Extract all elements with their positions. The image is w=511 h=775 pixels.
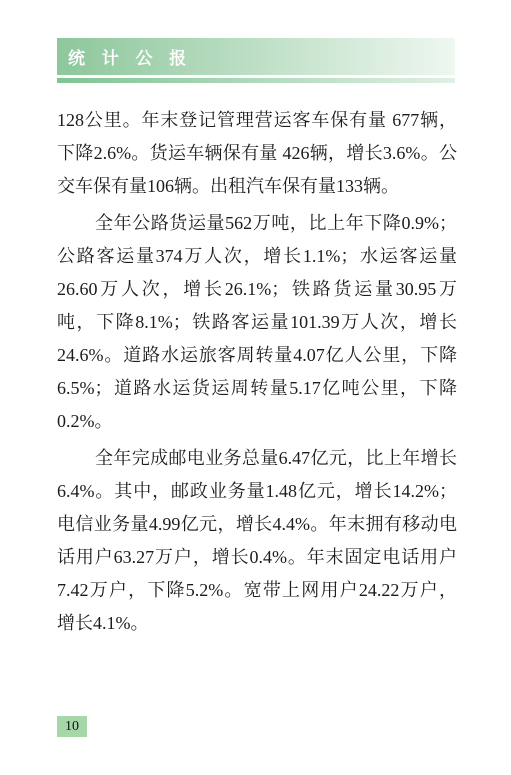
text-line: 话用户63.27万户，增长0.4%。年末固定电话用户 — [57, 541, 457, 574]
paragraph: 全年完成邮电业务总量6.47亿元，比上年增长6.4%。其中，邮政业务量1.48亿… — [57, 442, 457, 640]
text-line: 全年完成邮电业务总量6.47亿元，比上年增长 — [57, 442, 457, 475]
paragraph: 全年公路货运量562万吨，比上年下降0.9%；公路客运量374万人次，增长1.1… — [57, 207, 457, 438]
text-line: 26.60万人次，增长26.1%；铁路货运量30.95万 — [57, 273, 457, 306]
page-number: 10 — [57, 716, 87, 737]
text-line: 交车保有量106辆。出租汽车保有量133辆。 — [57, 170, 457, 203]
text-line: 增长4.1%。 — [57, 607, 457, 640]
text-line: 128公里。年末登记管理营运客车保有量 677辆， — [57, 104, 457, 137]
header-band: 统 计 公 报 — [57, 38, 455, 75]
text-line: 7.42万户，下降5.2%。宽带上网用户24.22万户， — [57, 574, 457, 607]
header-rule — [57, 78, 455, 83]
text-line: 公路客运量374万人次，增长1.1%；水运客运量 — [57, 240, 457, 273]
text-line: 吨，下降8.1%；铁路客运量101.39万人次，增长 — [57, 306, 457, 339]
text-line: 全年公路货运量562万吨，比上年下降0.9%； — [57, 207, 457, 240]
text-line: 6.5%；道路水运货运周转量5.17亿吨公里，下降 — [57, 372, 457, 405]
text-line: 6.4%。其中，邮政业务量1.48亿元，增长14.2%； — [57, 475, 457, 508]
document-body: 128公里。年末登记管理营运客车保有量 677辆，下降2.6%。货运车辆保有量 … — [57, 104, 457, 640]
text-line: 电信业务量4.99亿元，增长4.4%。年末拥有移动电 — [57, 508, 457, 541]
text-line: 下降2.6%。货运车辆保有量 426辆，增长3.6%。公 — [57, 137, 457, 170]
paragraph: 128公里。年末登记管理营运客车保有量 677辆，下降2.6%。货运车辆保有量 … — [57, 104, 457, 203]
page-header-title: 统 计 公 报 — [57, 44, 192, 69]
text-line: 0.2%。 — [57, 405, 457, 438]
text-line: 24.6%。道路水运旅客周转量4.07亿人公里，下降 — [57, 339, 457, 372]
